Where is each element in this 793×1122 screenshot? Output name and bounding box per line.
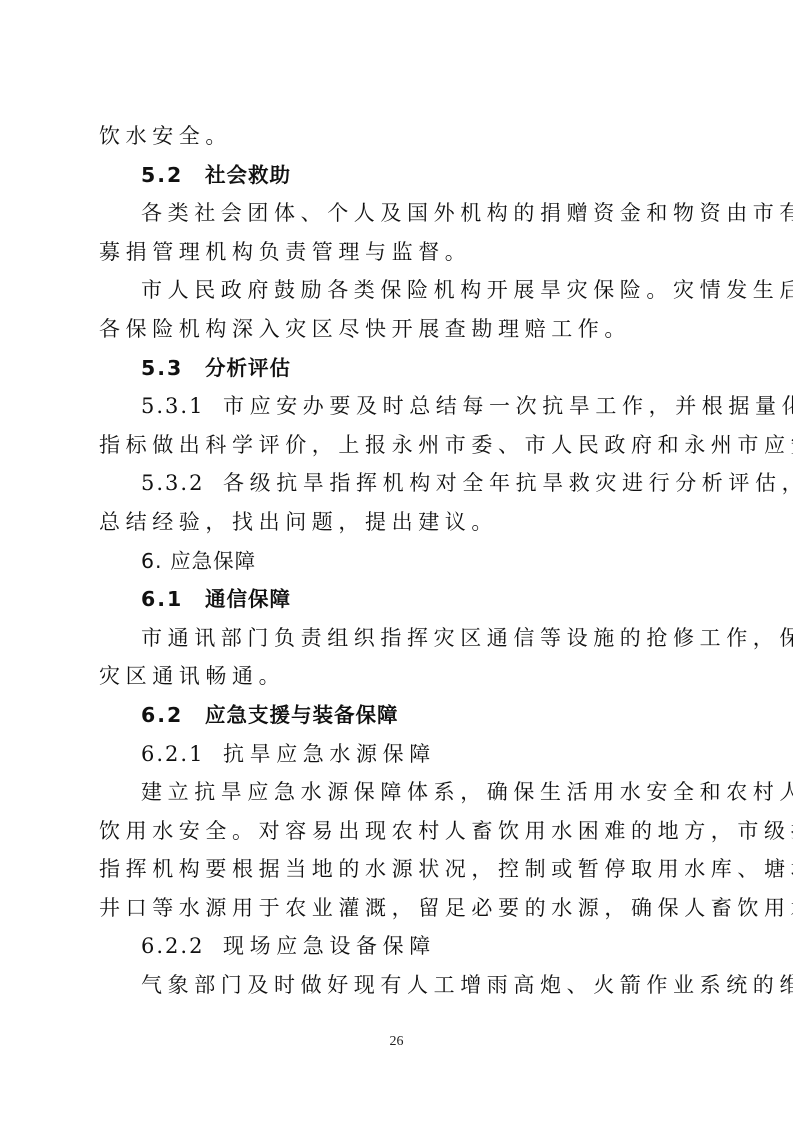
- paragraph-line: 建立抗旱应急水源保障体系，确保生活用水安全和农村人畜: [99, 773, 695, 812]
- subsection-text: 各级抗旱指挥机构对全年抗旱救灾进行分析评估，: [223, 471, 793, 495]
- paragraph-line: 指挥机构要根据当地的水源状况，控制或暂停取用水库、塘坝、: [99, 850, 695, 889]
- subsection-number: 6.2.1: [141, 735, 223, 774]
- subsection-6-2-1: 6.2.1抗旱应急水源保障: [99, 735, 695, 774]
- section-heading-6-2: 6.2应急支援与装备保障: [99, 696, 695, 735]
- subsection-5-3-2: 5.3.2各级抗旱指挥机构对全年抗旱救灾进行分析评估，: [99, 464, 695, 503]
- page-number: 26: [0, 1034, 793, 1050]
- section-number: 6.2: [141, 696, 205, 735]
- section-heading-5-2: 5.2社会救助: [99, 156, 695, 195]
- section-title: 通信保障: [205, 587, 291, 611]
- section-heading-6-1: 6.1通信保障: [99, 580, 695, 619]
- document-page: 饮水安全。 5.2社会救助 各类社会团体、个人及国外机构的捐赠资金和物资由市有关…: [99, 117, 695, 1005]
- paragraph-line: 市通讯部门负责组织指挥灾区通信等设施的抢修工作，保障: [99, 619, 695, 658]
- subsection-5-3-1: 5.3.1市应安办要及时总结每一次抗旱工作，并根据量化: [99, 387, 695, 426]
- subsection-text: 市应安办要及时总结每一次抗旱工作，并根据量化: [223, 394, 793, 418]
- section-title: 应急支援与装备保障: [205, 703, 399, 727]
- paragraph-line: 市人民政府鼓励各类保险机构开展旱灾保险。灾情发生后，: [99, 271, 695, 310]
- paragraph-line: 井口等水源用于农业灌溉，留足必要的水源，确保人畜饮用水。: [99, 889, 695, 928]
- section-number: 5.3: [141, 349, 205, 388]
- paragraph-line: 募捐管理机构负责管理与监督。: [99, 233, 695, 272]
- paragraph-line: 各保险机构深入灾区尽快开展查勘理赔工作。: [99, 310, 695, 349]
- paragraph-line: 气象部门及时做好现有人工增雨高炮、火箭作业系统的维护: [99, 966, 695, 1005]
- paragraph-line: 各类社会团体、个人及国外机构的捐赠资金和物资由市有关: [99, 194, 695, 233]
- subsection-number: 5.3.1: [141, 387, 223, 426]
- paragraph-line: 总结经验，找出问题，提出建议。: [99, 503, 695, 542]
- section-heading-5-3: 5.3分析评估: [99, 349, 695, 388]
- section-title: 分析评估: [205, 356, 291, 380]
- paragraph-line: 指标做出科学评价，上报永州市委、市人民政府和永州市应安委。: [99, 426, 695, 465]
- section-number: 5.2: [141, 156, 205, 195]
- section-title: 社会救助: [205, 163, 291, 187]
- subsection-6-2-2: 6.2.2现场应急设备保障: [99, 927, 695, 966]
- subsection-text: 现场应急设备保障: [223, 934, 436, 958]
- section-number: 6.1: [141, 580, 205, 619]
- subsection-number: 6.2.2: [141, 927, 223, 966]
- paragraph-line: 灾区通讯畅通。: [99, 657, 695, 696]
- subsection-text: 抗旱应急水源保障: [223, 742, 436, 766]
- paragraph-line: 饮水安全。: [99, 117, 695, 156]
- paragraph-line: 饮用水安全。对容易出现农村人畜饮用水困难的地方，市级抗旱: [99, 812, 695, 851]
- chapter-heading-6: 6. 应急保障: [99, 542, 695, 581]
- subsection-number: 5.3.2: [141, 464, 223, 503]
